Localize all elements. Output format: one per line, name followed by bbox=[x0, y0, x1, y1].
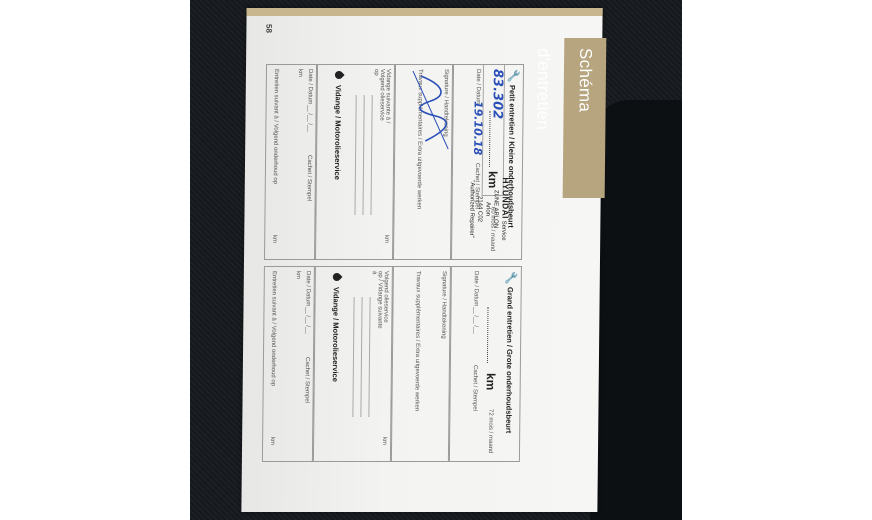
maintenance-km-label: km bbox=[271, 235, 277, 243]
date-label: Date / Datum bbox=[475, 69, 481, 104]
maintenance-next-label: Entretien suivant à / Volgend onderhoud … bbox=[272, 69, 279, 184]
km-dots bbox=[487, 307, 489, 363]
signature-block-petit: Signature / Handtekening Travaux supplém… bbox=[392, 64, 454, 260]
maintenance-next-label: Entretien suivant à / Volgend onderhoud … bbox=[270, 271, 277, 386]
oil-card-1: Vidange suivante à / Volgend olieservice… bbox=[314, 64, 396, 260]
line bbox=[362, 95, 364, 215]
stamp-line2: Arlon bbox=[484, 202, 490, 216]
oil-entry-2: Date / Datum __ /__ /__ km Cachet / Stem… bbox=[262, 266, 316, 462]
service-card-grand: 🔧 Grand entretien / Grote onderhoudsbeur… bbox=[448, 266, 522, 462]
next-km-label: km bbox=[383, 235, 389, 243]
line bbox=[360, 297, 362, 417]
signature-label: Signature / Handtekening bbox=[440, 271, 447, 339]
next-km-label: km bbox=[381, 437, 387, 445]
oil-drop-icon bbox=[333, 69, 344, 80]
wrench-icon: 🔧 bbox=[507, 69, 520, 83]
stamp-label: Cachet / Stempel bbox=[471, 365, 477, 411]
date-label: Date / Datum bbox=[307, 69, 313, 104]
line bbox=[352, 297, 354, 417]
signature bbox=[410, 71, 451, 151]
next-oil-label: Volgend olieservice op / Vidange suivant… bbox=[370, 271, 389, 331]
date-value[interactable]: __ /__ /__ bbox=[472, 307, 478, 334]
rotated-content: Schéma d'entretien 🔧 Petit entretien / K… bbox=[241, 8, 602, 512]
date-value[interactable]: __ /__ /__ bbox=[304, 307, 310, 334]
stamp-line1: ZUNE ARLON bbox=[492, 190, 498, 228]
stamp-brand: HYUNDAI bbox=[500, 177, 510, 219]
oil-card-header: Vidange / Motorolieservice bbox=[333, 85, 343, 180]
km-label: km bbox=[295, 271, 301, 279]
interval-label: 72 mois / maand bbox=[487, 409, 493, 453]
next-oil-label: Vidange suivante à / Volgend olieservice… bbox=[372, 69, 391, 129]
date-value[interactable]: __ /__ /__ bbox=[306, 105, 312, 132]
booklet-page: 58 Schéma d'entretien 🔧 Petit entretien … bbox=[241, 8, 602, 512]
km-label: km bbox=[297, 69, 303, 77]
line bbox=[354, 95, 356, 215]
stamp-label: Cachet / Stempel bbox=[304, 357, 310, 403]
oil-card-header: Vidange / Motorolieservice bbox=[331, 287, 341, 382]
stamp-line3: 2144 C02 bbox=[476, 196, 482, 222]
section-title: Schéma d'entretien bbox=[563, 38, 607, 198]
maintenance-km-label: km bbox=[269, 437, 275, 445]
date-value[interactable]: 19.10.18 bbox=[471, 101, 485, 155]
stamp-label: Cachet / Stempel bbox=[306, 155, 312, 201]
signature-block-grand: Signature / Handtekening Travaux supplém… bbox=[390, 266, 452, 462]
oil-entry-1: Date / Datum __ /__ /__ km Cachet / Stem… bbox=[264, 64, 318, 260]
km-value[interactable]: 83.302 bbox=[489, 69, 505, 119]
date-label: Date / Datum bbox=[305, 271, 311, 306]
stamp-service: Service bbox=[500, 221, 506, 241]
extra-work-label: Travaux supplémentaires / Extra uitgevoe… bbox=[413, 271, 420, 411]
oil-drop-icon bbox=[331, 271, 342, 282]
km-unit: km bbox=[484, 373, 498, 390]
wrench-icon: 🔧 bbox=[505, 271, 518, 285]
oil-card-2: Volgend olieservice op / Vidange suivant… bbox=[312, 266, 394, 462]
dealer-stamp-text: HYUNDAI Service ZUNE ARLON Arlon 2144 C0… bbox=[467, 161, 510, 257]
card-header: Grand entretien / Grote onderhoudsbeurt bbox=[504, 287, 515, 433]
stamp-line4: "Authorized Repairer" bbox=[468, 180, 475, 238]
date-label: Date / Datum bbox=[473, 271, 479, 306]
line bbox=[370, 95, 372, 215]
line bbox=[368, 297, 370, 417]
